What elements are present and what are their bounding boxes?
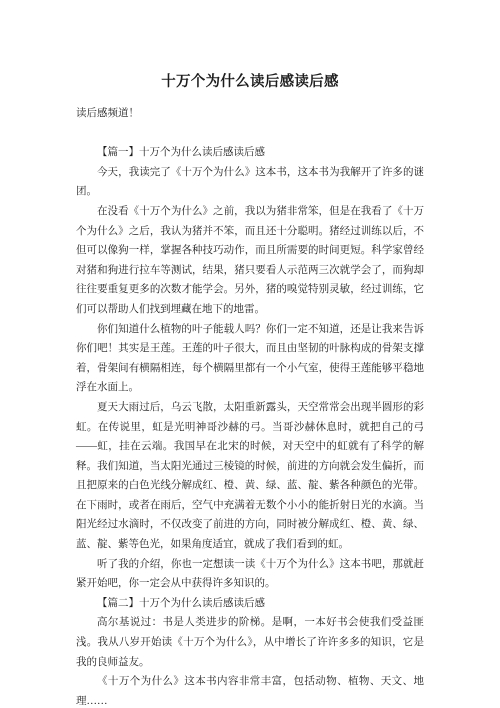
paragraph: 你们知道什么植物的叶子能载人吗？你们一定不知道，还是让我来告诉你们吧！其实是王莲… bbox=[76, 320, 424, 398]
paragraph: 听了我的介绍，你也一定想读一读《十万个为什么》这本书吧，那就赶紧开始吧，你一定会… bbox=[76, 555, 424, 594]
channel-note: 读后感频道！ bbox=[76, 104, 424, 124]
paragraph: 《十万个为什么》这本书内容非常丰富，包括动物、植物、天文、地理…… bbox=[76, 672, 424, 708]
section-heading-part2: 【篇二】十万个为什么读后感读后感 bbox=[76, 594, 424, 614]
document-page: 十万个为什么读后感读后感 读后感频道！ 【篇一】十万个为什么读后感读后感 今天，… bbox=[0, 0, 500, 708]
paragraph: 今天，我读完了《十万个为什么》这本书，这本书为我解开了许多的谜团。 bbox=[76, 163, 424, 202]
paragraph: 在没看《十万个为什么》之前，我以为猪非常笨，但是在我看了《十万个为什么》之后，我… bbox=[76, 202, 424, 320]
section-heading-part1: 【篇一】十万个为什么读后感读后感 bbox=[76, 143, 424, 163]
document-body: 十万个为什么读后感读后感 读后感频道！ 【篇一】十万个为什么读后感读后感 今天，… bbox=[76, 75, 424, 708]
document-title: 十万个为什么读后感读后感 bbox=[76, 75, 424, 90]
paragraph: 高尔基说过：书是人类进步的阶梯。是啊，一本好书会使我们受益匪浅。我从八岁开始读《… bbox=[76, 613, 424, 672]
paragraph: 夏天大雨过后，乌云飞散，太阳重新露头，天空常常会出现半圆形的彩虹。在传说里，虹是… bbox=[76, 398, 424, 555]
